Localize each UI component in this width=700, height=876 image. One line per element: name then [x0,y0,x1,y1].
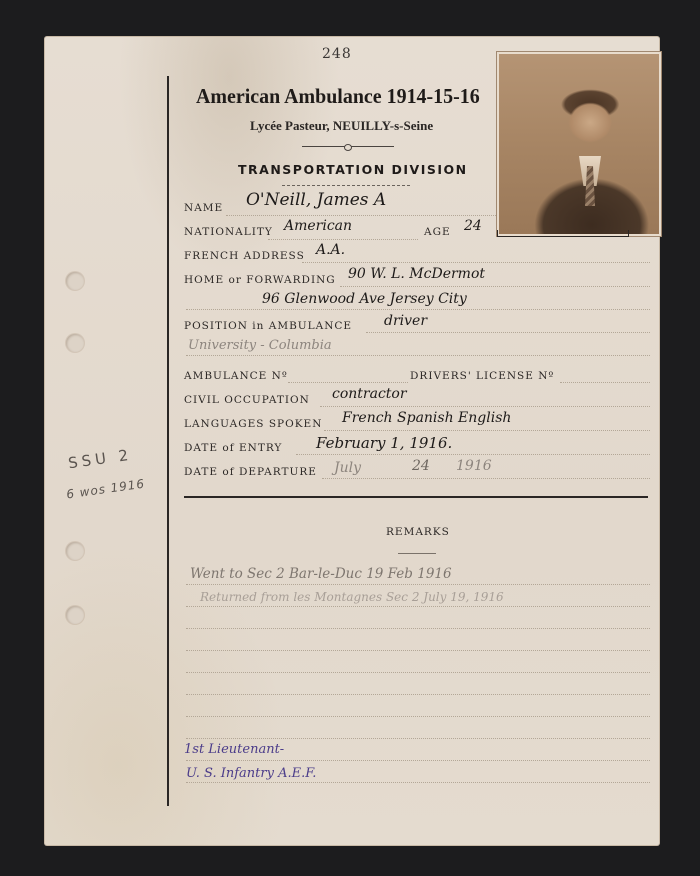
civil-occupation-line [320,406,650,407]
remarks-entry-1: Went to Sec 2 Bar-le-Duc 19 Feb 1916 [190,566,452,582]
division-rule [282,185,410,187]
date-departure-line [322,478,650,479]
remarks-rank: 1st Lieutenant- [184,742,284,757]
home-line-1 [340,286,650,287]
languages-label: LANGUAGES SPOKEN [184,418,322,430]
position-label: POSITION in AMBULANCE [184,320,352,332]
remarks-line [186,760,650,761]
section-divider [184,496,648,498]
remarks-line [186,650,650,651]
remarks-line [186,584,650,585]
ambulance-no-line [288,382,408,383]
nationality-label: NATIONALITY [184,226,273,238]
nationality-value: American [284,218,352,234]
french-address-line [302,262,650,263]
position-value: driver [384,313,427,329]
drivers-license-label: DRIVERS' LICENSE Nº [410,370,554,382]
date-entry-value: February 1, 1916. [316,434,452,452]
civil-occupation-value: contractor [332,386,407,402]
remarks-line [186,738,650,739]
date-departure-label: DATE of DEPARTURE [184,466,317,478]
home-value-1: 90 W. L. McDermot [348,266,485,282]
civil-occupation-label: CIVIL OCCUPATION [184,394,310,406]
ornament-divider [302,146,394,147]
binder-hole [66,334,84,352]
nationality-line [268,239,418,240]
date-departure-year: 1916 [456,458,492,474]
remarks-line [186,672,650,673]
remarks-entry-2: Returned from les Montagnes Sec 2 July 1… [200,590,504,604]
remarks-unit: U. S. Infantry A.E.F. [186,766,316,781]
date-entry-label: DATE of ENTRY [184,442,282,454]
date-departure-day: 24 [412,458,430,474]
portrait-photo [497,52,661,236]
margin-note-date: 6 wos 1916 [65,477,145,502]
university-line [186,355,650,356]
french-address-label: FRENCH ADDRESS [184,250,305,262]
date-entry-line [296,454,650,455]
binder-hole [66,272,84,290]
remarks-line [186,716,650,717]
remarks-title: REMARKS [386,526,450,538]
remarks-rule [398,553,436,554]
position-line [366,332,650,333]
age-value: 24 [464,218,482,234]
date-departure-month: July [334,460,361,476]
home-value-2: 96 Glenwood Ave Jersey City [262,291,467,307]
name-value: O'Neill, James A [246,190,386,210]
home-label: HOME or FORWARDING [184,274,336,286]
remarks-line [186,606,650,607]
remarks-line [186,782,650,783]
age-label: AGE [424,226,451,238]
division-heading: TRANSPORTATION DIVISION [238,162,468,177]
ambulance-no-label: AMBULANCE Nº [184,370,288,382]
university-value: University - Columbia [188,338,332,353]
binder-hole [66,542,84,560]
margin-note-unit: SSU 2 [67,446,133,473]
languages-line [324,430,650,431]
name-line [226,215,496,216]
home-line-2 [186,309,650,310]
page-number: 248 [322,46,352,62]
remarks-line [186,628,650,629]
name-label: NAME [184,202,223,214]
drivers-license-line [560,382,650,383]
document-title: American Ambulance 1914-15-16 [196,84,480,109]
photo-frame [497,230,629,237]
remarks-line [186,694,650,695]
languages-value: French Spanish English [342,410,511,426]
margin-rule [167,76,169,806]
french-address-value: A.A. [316,242,345,258]
binder-hole [66,606,84,624]
document-subtitle: Lycée Pasteur, NEUILLY-s-Seine [250,118,433,134]
